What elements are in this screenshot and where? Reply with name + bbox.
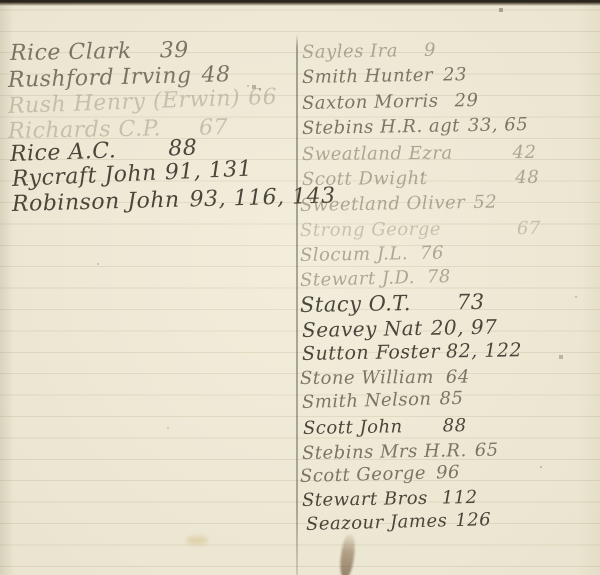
entry-name: Sayles Ira bbox=[302, 40, 398, 63]
entry-name: Stebins Mrs H.R. bbox=[302, 440, 467, 464]
entry-name: Strong George bbox=[300, 219, 441, 241]
entry-pages: 67 bbox=[517, 218, 541, 239]
entry-pages: 126 bbox=[455, 509, 491, 531]
entry-pages: 82, 122 bbox=[446, 339, 522, 362]
entry-name: Seavey Nat bbox=[302, 316, 423, 342]
ledger-entry: Stewart J.D.78 bbox=[300, 266, 451, 291]
ledger-entry: Smith Hunter23 bbox=[302, 64, 467, 88]
entry-pages: 112 bbox=[442, 487, 478, 509]
entry-pages: 39 bbox=[160, 38, 189, 64]
ledger-entry: Seazour James126 bbox=[306, 509, 492, 535]
entry-pages: 67 bbox=[199, 115, 228, 141]
entry-pages: 88 bbox=[442, 415, 466, 436]
ledger-entry: Scott George96 bbox=[300, 462, 460, 487]
entry-pages: 76 bbox=[420, 242, 444, 263]
ledger-entry: Sutton Foster82, 122 bbox=[302, 339, 522, 365]
ledger-entry: Scott John88 bbox=[303, 415, 467, 439]
entry-pages: 48 bbox=[515, 167, 539, 188]
entry-name: Sweatland Ezra bbox=[302, 143, 453, 165]
ledger-entry: Stacy O.T.73 bbox=[300, 290, 485, 317]
entry-name: Stewart Bros bbox=[302, 488, 428, 511]
entry-name: Scott George bbox=[300, 463, 427, 487]
ledger-entry: Saxton Morris29 bbox=[302, 90, 479, 114]
entry-name: Smith Hunter bbox=[302, 65, 433, 88]
entry-pages: 65 bbox=[475, 440, 499, 461]
entry-pages: 73 bbox=[457, 290, 485, 314]
ledger-entry: Rice Clark39 bbox=[10, 38, 189, 66]
entry-pages: 9 bbox=[424, 40, 436, 61]
entry-name: Saxton Morris bbox=[302, 91, 439, 114]
entry-name: Scott Dwight bbox=[302, 168, 428, 190]
entry-name: Stacy O.T. bbox=[300, 291, 411, 317]
ledger-entry: Stewart Bros112 bbox=[302, 487, 478, 511]
ledger-entry: Stebins H.R. agt33, 65 bbox=[302, 114, 529, 139]
entry-name: Stone William bbox=[300, 367, 434, 389]
entry-name: Scott John bbox=[303, 416, 403, 439]
ink-smudge bbox=[338, 533, 356, 575]
entry-name: Seazour James bbox=[306, 510, 448, 535]
ledger-entry: Slocum J.L.76 bbox=[300, 242, 444, 266]
entry-pages: 66 bbox=[248, 85, 278, 111]
ledger-entry: Sweetland Oliver52 bbox=[300, 192, 498, 216]
entry-name: Sweetland Oliver bbox=[300, 192, 466, 216]
entry-pages: 23 bbox=[443, 64, 467, 85]
ledger-entry: Smith Nelson85 bbox=[302, 388, 464, 413]
scanned-ledger-page: Rice Clark39 Rushford Irving48 Rush Henr… bbox=[0, 0, 600, 575]
entry-pages: 91, 131 bbox=[164, 157, 252, 186]
entry-pages: 29 bbox=[454, 90, 478, 111]
entry-pages: 52 bbox=[473, 192, 497, 213]
entry-pages: 20, 97 bbox=[430, 315, 497, 340]
paper-stain bbox=[186, 536, 208, 545]
entry-pages: 42 bbox=[513, 142, 537, 163]
entry-pages: 78 bbox=[427, 266, 451, 288]
entry-name: Slocum J.L. bbox=[300, 243, 408, 266]
ledger-entry: Seavey Nat20, 97 bbox=[302, 315, 498, 342]
ledger-entry: Strong George67 bbox=[300, 218, 541, 241]
entry-name: Sutton Foster bbox=[302, 341, 440, 365]
ledger-entry: Scott Dwight48 bbox=[302, 167, 539, 190]
entry-pages: 64 bbox=[446, 367, 470, 388]
entry-name: Stewart J.D. bbox=[300, 267, 415, 291]
ledger-entry: Stone William64 bbox=[300, 367, 470, 389]
ledger-entry: Stebins Mrs H.R.65 bbox=[302, 440, 499, 464]
entry-pages: 96 bbox=[436, 462, 460, 484]
entry-name: Rice Clark bbox=[10, 39, 132, 66]
entry-pages: 85 bbox=[439, 388, 463, 410]
entry-name: Stebins H.R. agt bbox=[302, 115, 460, 139]
ledger-entry: Sweatland Ezra42 bbox=[302, 142, 537, 165]
column-divider-line bbox=[296, 34, 298, 575]
entry-name: Smith Nelson bbox=[302, 389, 432, 413]
scan-top-edge bbox=[0, 0, 600, 6]
entry-name: Rycraft John bbox=[11, 161, 157, 192]
entry-name: Robinson John bbox=[12, 188, 180, 217]
entry-pages: 88 bbox=[168, 135, 198, 161]
entry-pages: 33, 65 bbox=[468, 114, 529, 136]
entry-pages: 48 bbox=[201, 62, 231, 88]
ledger-entry: Sayles Ira9 bbox=[302, 40, 436, 63]
